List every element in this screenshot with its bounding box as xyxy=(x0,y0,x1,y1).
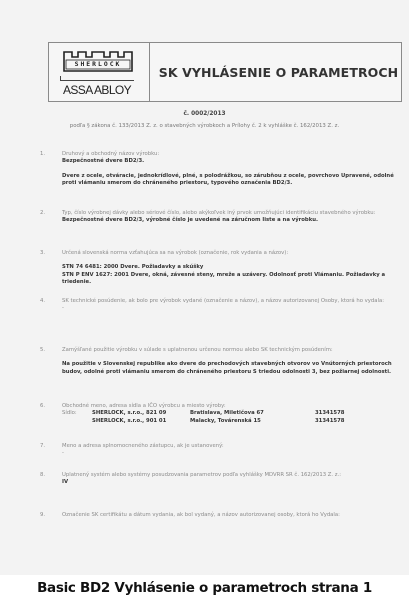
logo-brand-text: SHERLOCK xyxy=(62,60,134,68)
item-answer-norm-1: STN 74 6481: 2000 Dvere. Požiadavky a sk… xyxy=(62,264,395,271)
address-city: Malacky, Továrenská 15 xyxy=(190,418,315,425)
logo-divider xyxy=(60,80,134,81)
address-ico: 31341578 xyxy=(315,418,345,425)
item-8: 8. Uplatnený systém alebo systémy posudz… xyxy=(40,472,395,487)
title-cell: SK VYHLÁSENIE O PARAMETROCH xyxy=(150,43,401,101)
document-header-box: SHERLOCK ASSA ABLOY SK VYHLÁSENIE O PARA… xyxy=(48,42,402,102)
item-question: Uplatnený systém alebo systémy posudzova… xyxy=(62,472,395,479)
item-2: 2. Typ, číslo výrobnej dávky alebo sério… xyxy=(40,210,395,225)
address-row: Sídlo: SHERLOCK, s.r.o., 821 09 Bratisla… xyxy=(62,410,345,417)
item-6: 6. Obchodné meno, adresa sídla a IČO výr… xyxy=(40,403,395,425)
logo-parent-text: ASSA ABLOY xyxy=(63,83,131,97)
item-number: 1. xyxy=(40,151,54,158)
document-title: SK VYHLÁSENIE O PARAMETROCH xyxy=(153,65,398,80)
item-question: Určená slovenská norma vzťahujúca sa na … xyxy=(62,250,395,257)
manufacturer-address-table: Sídlo: SHERLOCK, s.r.o., 821 09 Bratisla… xyxy=(62,410,345,425)
item-answer: - xyxy=(62,450,395,457)
item-3: 3. Určená slovenská norma vzťahujúca sa … xyxy=(40,250,395,286)
item-answer-norm-2: STN P ENV 1627: 2001 Dvere, okná, závesn… xyxy=(62,272,395,287)
image-caption: Basic BD2 Vyhlásenie o parametroch stran… xyxy=(0,580,409,596)
item-4: 4. SK technické posúdenie, ak bolo pre v… xyxy=(40,298,395,313)
item-question: Meno a adresa splnomocneného zástupcu, a… xyxy=(62,443,395,450)
item-answer: Na použitie v Slovenskej republike ako d… xyxy=(62,361,395,376)
address-label xyxy=(62,418,92,425)
item-number: 9. xyxy=(40,512,54,519)
legal-reference: podľa § zákona č. 133/2013 Z. z. o stave… xyxy=(0,123,409,129)
item-question: Označenie SK certifikátu a dátum vydania… xyxy=(62,512,395,519)
item-question: Zamýšľané použitie výrobku v súlade s up… xyxy=(62,347,395,354)
item-number: 3. xyxy=(40,250,54,257)
address-company: SHERLOCK, s.r.o., 901 01 xyxy=(92,418,190,425)
item-detail: Dvere z ocele, otváracie, jednokrídlové,… xyxy=(62,173,395,188)
company-logo: SHERLOCK ASSA ABLOY xyxy=(49,43,150,101)
address-ico: 31341578 xyxy=(315,410,345,417)
item-number: 8. xyxy=(40,472,54,479)
item-answer: - xyxy=(62,305,395,312)
item-answer: Bezpečnostné dvere BD2/3. xyxy=(62,158,395,165)
item-number: 5. xyxy=(40,347,54,354)
scanned-document-page: SHERLOCK ASSA ABLOY SK VYHLÁSENIE O PARA… xyxy=(0,0,409,575)
item-question: SK technické posúdenie, ak bolo pre výro… xyxy=(62,298,395,305)
address-company: SHERLOCK, s.r.o., 821 09 xyxy=(92,410,190,417)
document-number: č. 0002/2013 xyxy=(0,111,409,117)
address-city: Bratislava, Miletičova 67 xyxy=(190,410,315,417)
item-1: 1. Druhový a obchodný názov výrobku: Bez… xyxy=(40,151,395,187)
item-number: 7. xyxy=(40,443,54,450)
item-number: 2. xyxy=(40,210,54,217)
castle-logo-icon: SHERLOCK xyxy=(62,50,134,72)
item-number: 6. xyxy=(40,403,54,410)
address-label: Sídlo: xyxy=(62,410,92,417)
item-answer: Bezpečnostné dvere BD2/3, výrobné číslo … xyxy=(62,217,395,224)
item-9: 9. Označenie SK certifikátu a dátum vyda… xyxy=(40,512,395,519)
item-answer: IV xyxy=(62,479,395,486)
item-5: 5. Zamýšľané použitie výrobku v súlade s… xyxy=(40,347,395,376)
address-row: SHERLOCK, s.r.o., 901 01 Malacky, Továre… xyxy=(62,418,345,425)
item-7: 7. Meno a adresa splnomocneného zástupcu… xyxy=(40,443,395,458)
item-number: 4. xyxy=(40,298,54,305)
